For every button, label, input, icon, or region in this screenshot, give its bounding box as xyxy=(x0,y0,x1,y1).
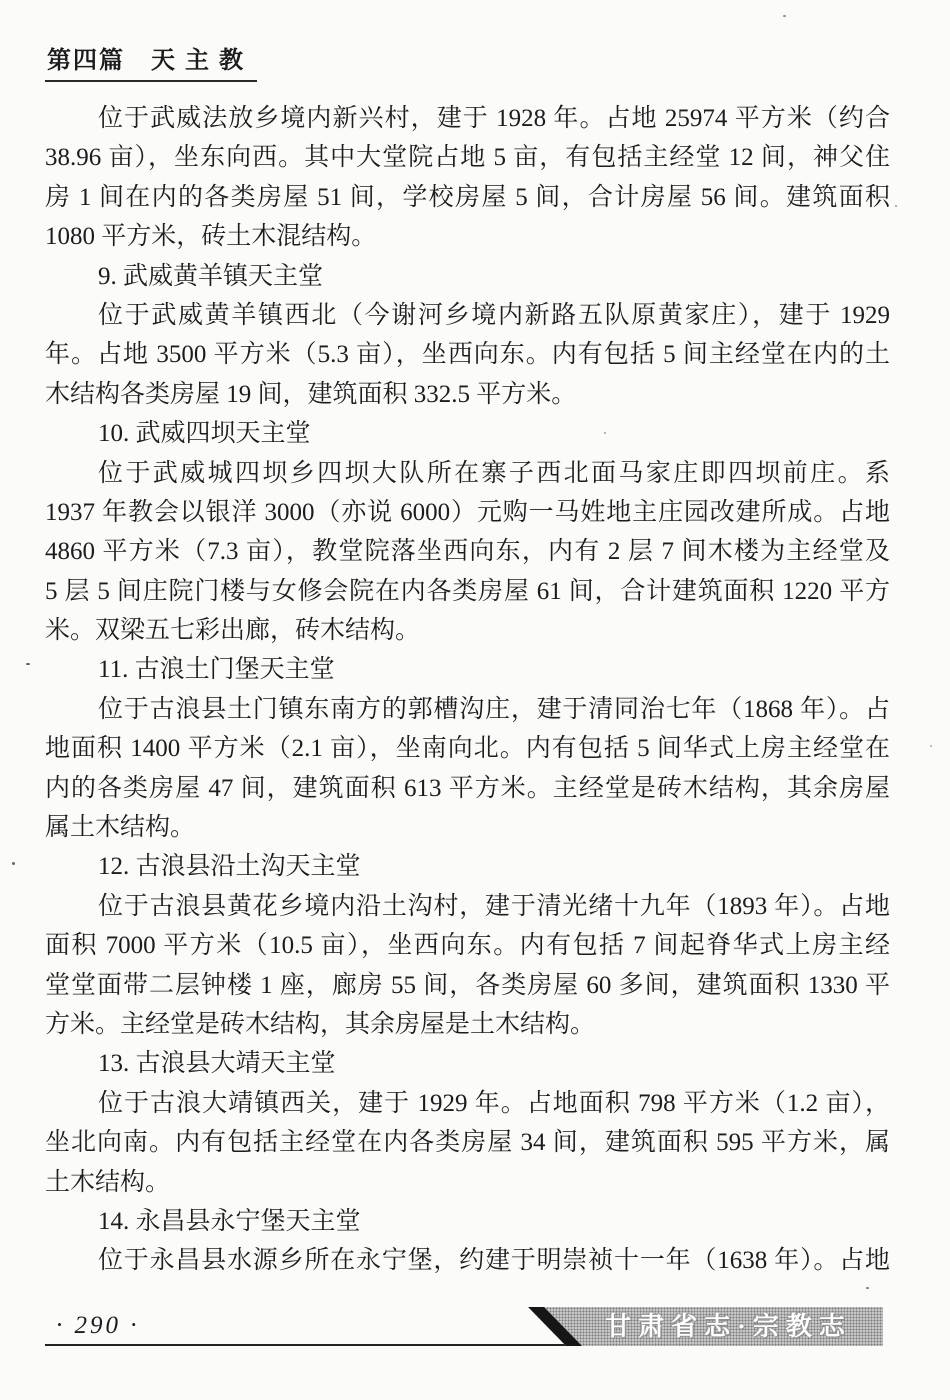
scan-speckle xyxy=(12,862,15,865)
text-line: 位于古浪县黄花乡境内沿土沟村，建于清光绪十九年（1893 年）。占地 xyxy=(45,887,890,926)
scan-speckle xyxy=(895,205,897,207)
section-heading: 10. 武威四坝天主堂 xyxy=(45,414,890,453)
scan-speckle xyxy=(26,663,30,665)
scan-speckle xyxy=(783,15,786,17)
text-line: 面积 7000 平方米（10.5 亩），坐西向东。内有包括 7 间起脊华式上房主… xyxy=(45,926,890,965)
text-line: 5 层 5 间庄院门楼与女修会院在内各类房屋 61 间，合计建筑面积 1220 … xyxy=(45,572,890,611)
text-line: 位于古浪县土门镇东南方的郭槽沟庄，建于清同治七年（1868 年）。占 xyxy=(45,690,890,729)
body-text: 位于武威法放乡境内新兴村，建于 1928 年。占地 25974 平方米（约合38… xyxy=(45,99,890,1281)
scanned-book-page: 第四篇 天 主 教 位于武威法放乡境内新兴村，建于 1928 年。占地 2597… xyxy=(0,0,950,1400)
text-line: 38.96 亩），坐东向西。其中大堂院占地 5 亩，有包括主经堂 12 间，神父… xyxy=(45,138,890,177)
scan-speckle xyxy=(604,432,606,434)
text-line: 木结构各类房屋 19 间，建筑面积 332.5 平方米。 xyxy=(45,375,890,414)
section-heading: 13. 古浪县大靖天主堂 xyxy=(45,1044,890,1083)
page-number: · 290 · xyxy=(56,1312,140,1340)
section-heading: 9. 武威黄羊镇天主堂 xyxy=(45,257,890,296)
running-head: 第四篇 天 主 教 xyxy=(45,40,257,82)
text-line: 米。双梁五七彩出廊，砖木结构。 xyxy=(45,611,890,650)
scan-speckle xyxy=(866,1287,869,1289)
text-line: 内的各类房屋 47 间，建筑面积 613 平方米。主经堂是砖木结构，其余房屋 xyxy=(45,769,890,808)
section-heading: 12. 古浪县沿土沟天主堂 xyxy=(45,847,890,886)
text-line: 1937 年教会以银洋 3000（亦说 6000）元购一马姓地主庄园改建所成。占… xyxy=(45,493,890,532)
text-line: 坐北向南。内有包括主经堂在内各类房屋 34 间，建筑面积 595 平方米，属 xyxy=(45,1123,890,1162)
section-heading: 14. 永昌县永宁堡天主堂 xyxy=(45,1202,890,1241)
text-line: 4860 平方米（7.3 亩），教堂院落坐西向东，内有 2 层 7 间木楼为主经… xyxy=(45,532,890,571)
text-line: 属土木结构。 xyxy=(45,808,890,847)
text-line: 堂堂面带二层钟楼 1 座，廊房 55 间，各类房屋 60 多间，建筑面积 133… xyxy=(45,966,890,1005)
text-line: 位于武威城四坝乡四坝大队所在寨子西北面马家庄即四坝前庄。系 xyxy=(45,454,890,493)
text-line: 地面积 1400 平方米（2.1 亩），坐南向北。内有包括 5 间华式上房主经堂… xyxy=(45,729,890,768)
text-line: 位于武威黄羊镇西北（今谢河乡境内新路五队原黄家庄），建于 1929 xyxy=(45,296,890,335)
text-line: 年。占地 3500 平方米（5.3 亩），坐西向东。内有包括 5 间主经堂在内的… xyxy=(45,335,890,374)
text-line: 1080 平方米，砖土木混结构。 xyxy=(45,217,890,256)
text-line: 位于武威法放乡境内新兴村，建于 1928 年。占地 25974 平方米（约合 xyxy=(45,99,890,138)
scan-speckle xyxy=(930,745,932,747)
chapter-title: 第四篇 天 主 教 xyxy=(45,40,257,82)
text-line: 位于永昌县水源乡所在永宁堡，约建于明崇祯十一年（1638 年）。占地 xyxy=(45,1241,890,1280)
text-line: 土木结构。 xyxy=(45,1163,890,1202)
volume-banner: 甘肃省志·宗教志 xyxy=(528,1307,883,1346)
text-line: 房 1 间在内的各类房屋 51 间，学校房屋 5 间，合计房屋 56 间。建筑面… xyxy=(45,178,890,217)
volume-banner-title: 甘肃省志·宗教志 xyxy=(528,1307,883,1346)
text-line: 位于古浪大靖镇西关，建于 1929 年。占地面积 798 平方米（1.2 亩）， xyxy=(45,1084,890,1123)
text-line: 方米。主经堂是砖木结构，其余房屋是土木结构。 xyxy=(45,1005,890,1044)
section-heading: 11. 古浪土门堡天主堂 xyxy=(45,650,890,689)
